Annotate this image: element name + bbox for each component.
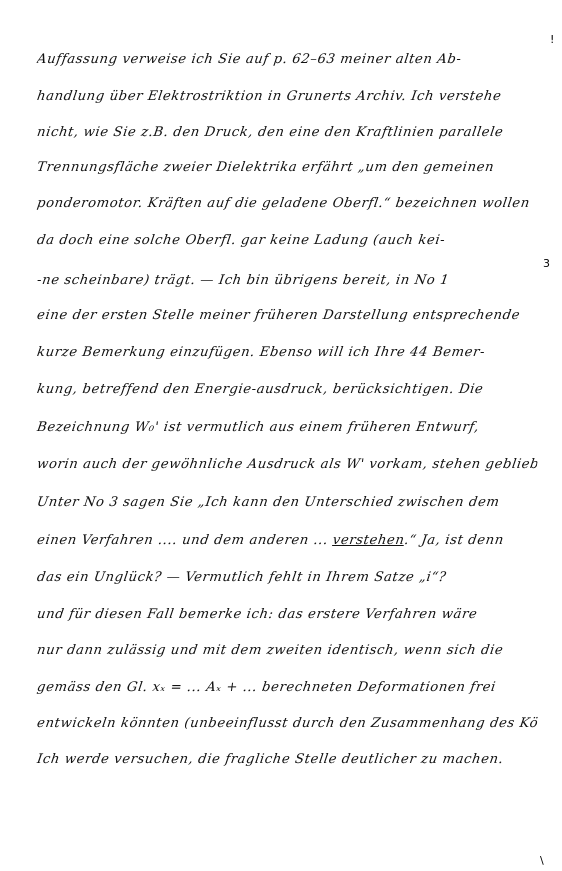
- text-line-4: Trennungsfläche zweier Dielektrika erfäh…: [36, 160, 538, 175]
- text-line-1: Auffassung verweise ich Sie auf p. 62–63…: [36, 52, 538, 67]
- text-line-14: einen Verfahren .... und dem anderen ...…: [36, 533, 538, 548]
- text-line-6: da doch eine solche Oberfl. gar keine La…: [36, 233, 538, 248]
- text-line-17: nur dann zulässig und mit dem zweiten id…: [36, 643, 538, 658]
- text-line-9: kurze Bemerkung einzufügen. Ebenso will …: [36, 345, 538, 360]
- margin-mark-right-middle: 3: [543, 258, 550, 269]
- text-line-5: ponderomotor. Kräften auf die geladene O…: [36, 196, 538, 211]
- text-line-7: -ne scheinbare) trägt. — Ich bin übrigen…: [36, 273, 538, 288]
- text-line-2: handlung über Elektrostriktion in Gruner…: [36, 89, 538, 104]
- text-line-8: eine der ersten Stelle meiner früheren D…: [36, 308, 538, 323]
- underlined-word: verstehen: [332, 533, 406, 548]
- margin-mark-bottom-right: \: [540, 855, 544, 866]
- text-line-15: das ein Unglück? — Vermutlich fehlt in I…: [36, 570, 538, 585]
- text-line-11: Bezeichnung W₀' ist vermutlich aus einem…: [36, 420, 538, 435]
- text-line-3: nicht, wie Sie z.B. den Druck, den eine …: [36, 125, 538, 140]
- text-line-16: und für diesen Fall bemerke ich: das ers…: [36, 607, 538, 622]
- text-line-18: gemäss den Gl. xₓ = ... Aₓ + ... berechn…: [36, 680, 538, 695]
- letter-page: Auffassung verweise ich Sie auf p. 62–63…: [0, 0, 562, 871]
- margin-mark-top-right: !: [550, 34, 554, 45]
- text-line-19: entwickeln könnten (unbeeinflusst durch …: [36, 716, 538, 731]
- text-line-10: kung, betreffend den Energie-ausdruck, b…: [36, 382, 538, 397]
- text-line-12: worin auch der gewöhnliche Ausdruck als …: [36, 457, 538, 472]
- text-line-13: Unter No 3 sagen Sie „Ich kann den Unter…: [36, 495, 538, 510]
- text-line-20: Ich werde versuchen, die fragliche Stell…: [36, 752, 538, 767]
